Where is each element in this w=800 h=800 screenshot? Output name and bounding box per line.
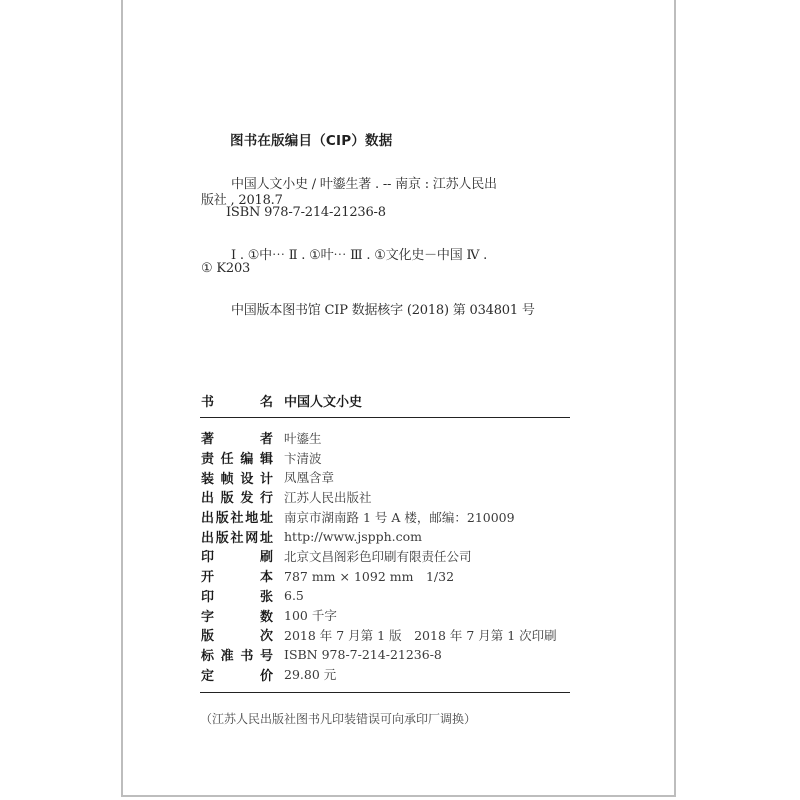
- detail-value: 凤凰含章: [284, 468, 334, 486]
- detail-row-price: 定价 29.80 元: [201, 664, 557, 684]
- detail-label: 印张: [201, 586, 273, 605]
- detail-value: http://www.jspph.com: [284, 529, 422, 544]
- detail-value: 2018 年 7 月第 1 版 2018 年 7 月第 1 次印刷: [284, 626, 557, 644]
- detail-value: 787 mm × 1092 mm 1/32: [284, 567, 454, 585]
- detail-value: 南京市湖南路 1 号 A 楼，邮编：210009: [284, 508, 515, 526]
- detail-row-editor: 责任编辑 卞清波: [201, 448, 557, 468]
- detail-value: 江苏人民出版社: [284, 488, 372, 506]
- detail-value: 6.5: [284, 588, 304, 603]
- cip-classification-code: ① K203: [201, 261, 250, 276]
- cip-classification-line: Ⅰ . ①中⋯ Ⅱ . ①叶⋯ Ⅲ . ①文化史－中国 Ⅳ .: [231, 244, 487, 263]
- detail-label: 开本: [201, 566, 273, 585]
- detail-row-website: 出版社网址 http://www.jspph.com: [201, 526, 557, 546]
- detail-label: 标准书号: [201, 645, 273, 664]
- top-divider: [200, 417, 570, 418]
- detail-value: 卞清波: [284, 449, 322, 467]
- detail-row-format: 开本 787 mm × 1092 mm 1/32: [201, 566, 557, 586]
- cip-heading: 图书在版编目（CIP）数据: [230, 129, 392, 149]
- detail-label: 装帧设计: [201, 468, 273, 487]
- detail-row-word-count: 字数 100 千字: [201, 605, 557, 625]
- detail-label: 出版发行: [201, 487, 273, 506]
- detail-row-author: 著者 叶鎏生: [201, 428, 557, 448]
- detail-value: 北京文昌阁彩色印刷有限责任公司: [284, 547, 472, 565]
- book-title-value: 中国人文小史: [284, 391, 362, 410]
- detail-value: ISBN 978-7-214-21236-8: [284, 647, 442, 662]
- detail-row-isbn: 标准书号 ISBN 978-7-214-21236-8: [201, 645, 557, 665]
- detail-label: 定价: [201, 665, 273, 684]
- detail-value: 100 千字: [284, 606, 337, 624]
- detail-row-sheets: 印张 6.5: [201, 586, 557, 606]
- detail-row-address: 出版社地址 南京市湖南路 1 号 A 楼，邮编：210009: [201, 507, 557, 527]
- detail-label: 字数: [201, 606, 273, 625]
- detail-value: 叶鎏生: [284, 429, 322, 447]
- detail-row-design: 装帧设计 凤凰含章: [201, 467, 557, 487]
- detail-label: 出版社网址: [201, 527, 273, 546]
- detail-label: 出版社地址: [201, 507, 273, 526]
- printing-error-note: （江苏人民出版社图书凡印装错误可向承印厂调换）: [200, 710, 476, 727]
- detail-row-printer: 印刷 北京文昌阁彩色印刷有限责任公司: [201, 546, 557, 566]
- detail-row-edition: 版次 2018 年 7 月第 1 版 2018 年 7 月第 1 次印刷: [201, 625, 557, 645]
- detail-label: 著者: [201, 428, 273, 447]
- detail-value: 29.80 元: [284, 665, 336, 683]
- detail-label: 版次: [201, 625, 273, 644]
- cip-record-number: 中国版本图书馆 CIP 数据核字 (2018) 第 034801 号: [231, 299, 535, 318]
- bottom-divider: [200, 692, 570, 693]
- book-title-label: 书名: [201, 391, 273, 410]
- detail-row-publisher: 出版发行 江苏人民出版社: [201, 487, 557, 507]
- detail-label: 印刷: [201, 546, 273, 565]
- cip-isbn-line: ISBN 978-7-214-21236-8: [226, 205, 386, 220]
- detail-label: 责任编辑: [201, 448, 273, 467]
- book-title-row: 书名 中国人文小史: [201, 391, 362, 409]
- publication-details: 著者 叶鎏生 责任编辑 卞清波 装帧设计 凤凰含章 出版发行 江苏人民出版社 出…: [201, 428, 557, 684]
